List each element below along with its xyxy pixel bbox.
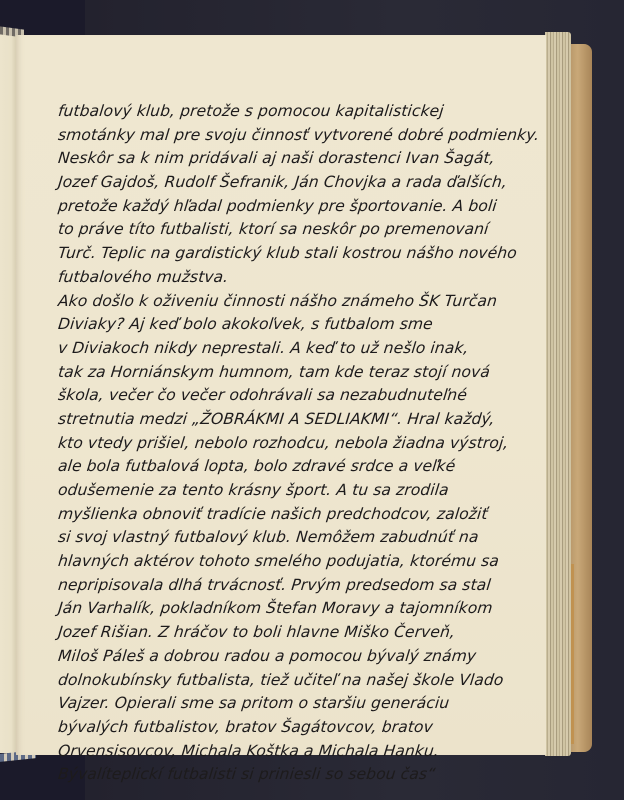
text-line: to práve títo futbalisti, ktorí sa neskô… bbox=[57, 218, 549, 242]
text-line: v Diviakoch nikdy neprestali. A keď to u… bbox=[57, 337, 549, 361]
text-line: dolnokubínsky futbalista, tiež učiteľ na… bbox=[57, 669, 549, 693]
text-line: Neskôr sa k nim pridávali aj naši dorast… bbox=[57, 147, 549, 171]
text-line: nepripisovala dlhá trvácnosť. Prvým pred… bbox=[57, 574, 549, 598]
text-line: futbalový klub, pretože s pomocou kapita… bbox=[57, 100, 549, 124]
text-line: smotánky mal pre svoju činnosť vytvorené… bbox=[57, 124, 549, 148]
text-line: myšlienka obnoviť tradície našich predch… bbox=[57, 503, 549, 527]
text-line: Miloš Páleš a dobrou radou a pomocou býv… bbox=[57, 645, 549, 669]
text-line: odušemenie za tento krásny šport. A tu s… bbox=[57, 479, 549, 503]
text-line: škola, večer čo večer odohrávali sa neza… bbox=[57, 384, 549, 408]
text-line: si svoj vlastný futbalový klub. Nemôžem … bbox=[57, 526, 549, 550]
left-page-edge bbox=[0, 33, 17, 753]
text-line: ale bola futbalová lopta, bolo zdravé sr… bbox=[57, 455, 549, 479]
text-line: stretnutia medzi „ŽOBRÁKMI A SEDLIAKMI“.… bbox=[57, 408, 549, 432]
text-line: Ako došlo k oživeniu činnosti nášho znám… bbox=[57, 290, 549, 314]
text-line: Jozef Gajdoš, Rudolf Šefranik, Ján Chovj… bbox=[57, 171, 549, 195]
text-line: hlavných aktérov tohoto smelého podujati… bbox=[57, 550, 549, 574]
book-cover-edge bbox=[568, 44, 592, 752]
handwritten-text-block: futbalový klub, pretože s pomocou kapita… bbox=[58, 100, 548, 787]
text-line: Bývalíteplickí futbalisti si priniesli s… bbox=[57, 763, 549, 787]
text-line: Jozef Rišian. Z hráčov to boli hlavne Mi… bbox=[57, 621, 549, 645]
text-line: Diviaky? Aj keď bolo akokoľvek, s futbal… bbox=[57, 313, 549, 337]
text-line: bývalých futbalistov, bratov Šagátovcov,… bbox=[57, 716, 549, 740]
text-line: Ján Varhalík, pokladníkom Štefan Moravy … bbox=[57, 597, 549, 621]
text-line: futbalového mužstva. bbox=[57, 266, 549, 290]
text-line: kto vtedy prišiel, nebolo rozhodcu, nebo… bbox=[57, 432, 549, 456]
text-line: tak za Horniánskym humnom, tam kde teraz… bbox=[57, 361, 549, 385]
text-line: Vajzer. Opierali sme sa pritom o staršiu… bbox=[57, 692, 549, 716]
text-line: Orvensisovcov, Michala Koštka a Michala … bbox=[57, 740, 549, 764]
text-line: Turč. Teplic na gardistický klub stali k… bbox=[57, 242, 549, 266]
text-line: pretože každý hľadal podmienky pre šport… bbox=[57, 195, 549, 219]
